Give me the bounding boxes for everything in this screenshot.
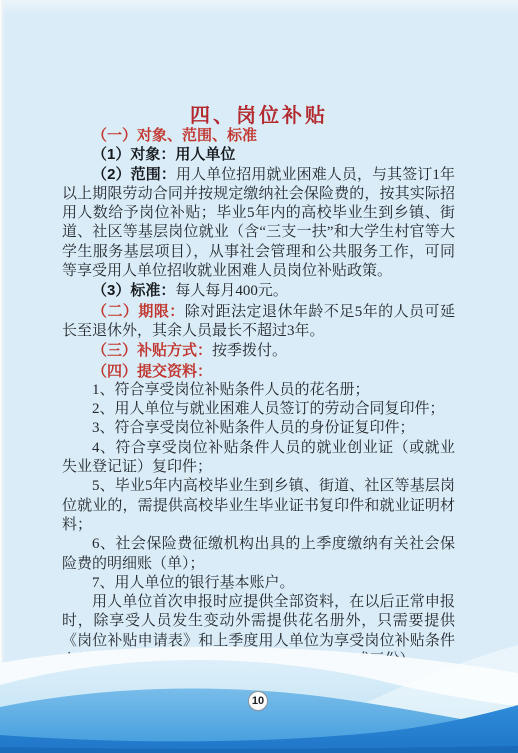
list-item: 6、社会保险费征缴机构出具的上季度缴纳有关社会保险费的明细账（单）； (62, 535, 455, 574)
paragraph-text: 每人每月400元。 (175, 283, 288, 299)
list-item: 4、符合享受岗位补贴条件人员的就业创业证（或就业失业登记证）复印件； (62, 439, 455, 478)
paragraph: （3）标准：每人每月400元。 (62, 281, 455, 301)
section-heading: （四）提交资料： (62, 362, 455, 381)
list-item: 1、符合享受岗位补贴条件人员的花名册； (62, 381, 455, 400)
list-item: 7、用人单位的银行基本账户。 (62, 574, 455, 593)
paragraph-text: 用人单位招用就业困难人员，与其签订1年以上期限劳动合同并按规定缴纳社会保险费的，… (62, 167, 455, 279)
paragraph: （二）期限：除对距法定退休年龄不足5年的人员可延长至退休外，其余人员最长不超过3… (62, 302, 455, 342)
document-page: 四、岗位补贴 （一）对象、范围、标准 （1）对象：用人单位 （2）范围：用人单位… (0, 0, 518, 753)
content-body: （一）对象、范围、标准 （1）对象：用人单位 （2）范围：用人单位招用就业困难人… (62, 126, 455, 670)
paragraph-lead: （2）范围： (92, 166, 176, 183)
paragraph-lead: （二）期限： (92, 303, 185, 320)
list-item: 3、符合享受岗位补贴条件人员的身份证复印件； (62, 419, 455, 438)
page-title: 四、岗位补贴 (0, 99, 518, 128)
page-number-badge: 10 (248, 691, 268, 711)
paragraph-lead: （三）补贴方式： (92, 342, 212, 359)
paragraph: （三）补贴方式：按季拨付。 (62, 341, 455, 361)
section-heading: （一）对象、范围、标准 (62, 126, 455, 145)
paragraph: （2）范围：用人单位招用就业困难人员，与其签订1年以上期限劳动合同并按规定缴纳社… (62, 165, 455, 282)
list-item: 2、用人单位与就业困难人员签订的劳动合同复印件； (62, 400, 455, 419)
paragraph-text: 按季拨付。 (212, 343, 287, 359)
paragraph-lead: （3）标准： (92, 282, 175, 299)
list-item: 5、毕业5年内高校毕业生到乡镇、街道、社区等基层岗位就业的，需提供高校毕业生毕业… (62, 477, 455, 535)
paragraph: （1）对象：用人单位 (62, 145, 455, 164)
